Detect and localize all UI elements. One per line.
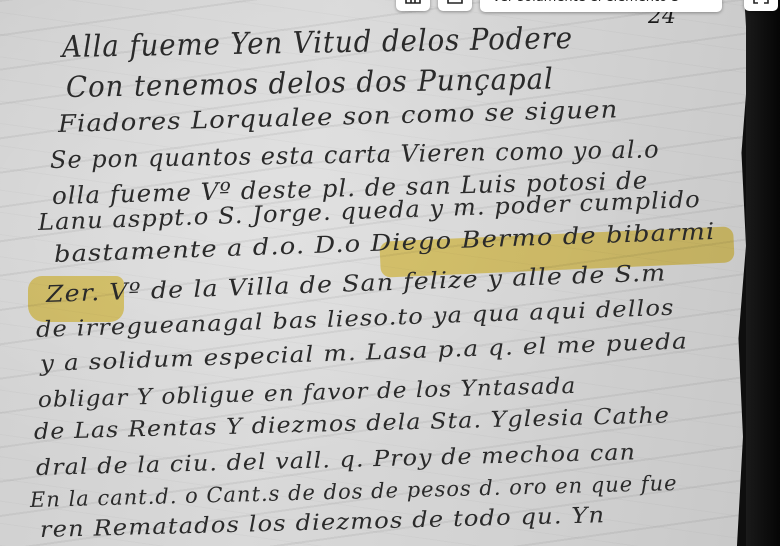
single-page-button[interactable] [438,0,472,11]
grid-view-icon [405,0,421,8]
document-viewer[interactable]: 24 Alla fueme Yen Vitud delos Podere Con… [0,0,780,546]
fullscreen-button[interactable] [744,0,778,11]
page-edge-shadow [746,0,780,546]
grid-view-button[interactable] [396,0,430,11]
viewer-toolbar: Ver solamente el elemento 3 [396,0,780,12]
view-mode-select[interactable]: Ver solamente el elemento 3 [480,0,722,12]
single-page-icon [447,0,463,8]
fullscreen-icon [753,0,769,8]
manuscript-page-image[interactable]: 24 Alla fueme Yen Vitud delos Podere Con… [0,0,752,546]
view-mode-select-value: Ver solamente el elemento 3 [492,0,680,5]
